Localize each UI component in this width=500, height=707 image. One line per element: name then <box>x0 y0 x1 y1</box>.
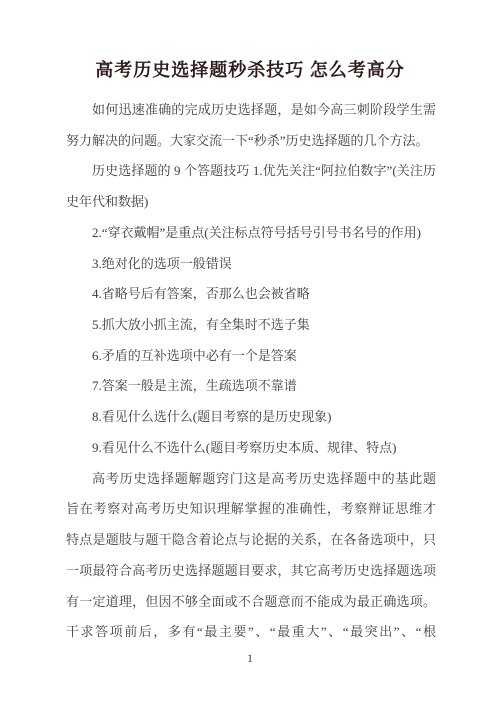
text-line: 4.省略号后有答案，否那么也会被省略 <box>66 279 436 310</box>
document-title: 高考历史选择题秒杀技巧 怎么考高分 <box>0 56 500 82</box>
text-line: 高考历史选择题解题窍门这是高考历史选择题中的基此题型， <box>66 464 436 495</box>
text-line: 7.答案一般是主流，生疏选项不靠谱 <box>66 371 436 402</box>
text-line: 如何迅速准确的完成历史选择题，是如今高三刺阶段学生需要 <box>66 95 436 126</box>
text-line: 2.“穿衣戴帽”是重点(关注标点符号括号引号书名号的作用) <box>66 218 436 249</box>
text-line: 旨在考察对高考历史知识理解掌握的准确性，考察辩证思维才能。 <box>66 494 436 525</box>
text-line: 努力解决的问题。大家交流一下“秒杀”历史选择题的几个方法。 <box>66 126 436 157</box>
text-line: 特点是题肢与题干隐含着论点与论据的关系，在各备选项中，只有 <box>66 525 436 556</box>
document-page: 高考历史选择题秒杀技巧 怎么考高分 如何迅速准确的完成历史选择题，是如今高三刺阶… <box>0 0 500 707</box>
text-line: 史年代和数据) <box>66 187 436 218</box>
text-line: 3.绝对化的选项一般错误 <box>66 249 436 280</box>
text-line: 一项最符合高考历史选择题题目要求，其它高考历史选择题选项虽 <box>66 556 436 587</box>
text-line: 6.矛盾的互补选项中必有一个是答案 <box>66 341 436 372</box>
page-number: 1 <box>0 648 500 668</box>
text-line: 干求答项前后，多有“最主要”、“最重大”、“最突出”、“根 <box>66 617 436 648</box>
text-line: 8.看见什么选什么(题目考察的是历史现象) <box>66 402 436 433</box>
text-line: 历史选择题的 9 个答题技巧 1.优先关注“阿拉伯数字”(关注历 <box>66 156 436 187</box>
text-line: 5.抓大放小抓主流，有全集时不选子集 <box>66 310 436 341</box>
text-line: 9.看见什么不选什么(题目考察历史本质、规律、特点) <box>66 433 436 464</box>
document-body: 如何迅速准确的完成历史选择题，是如今高三刺阶段学生需要努力解决的问题。大家交流一… <box>66 95 436 648</box>
text-line: 有一定道理，但因不够全面或不合题意而不能成为最正确选项。题 <box>66 587 436 618</box>
